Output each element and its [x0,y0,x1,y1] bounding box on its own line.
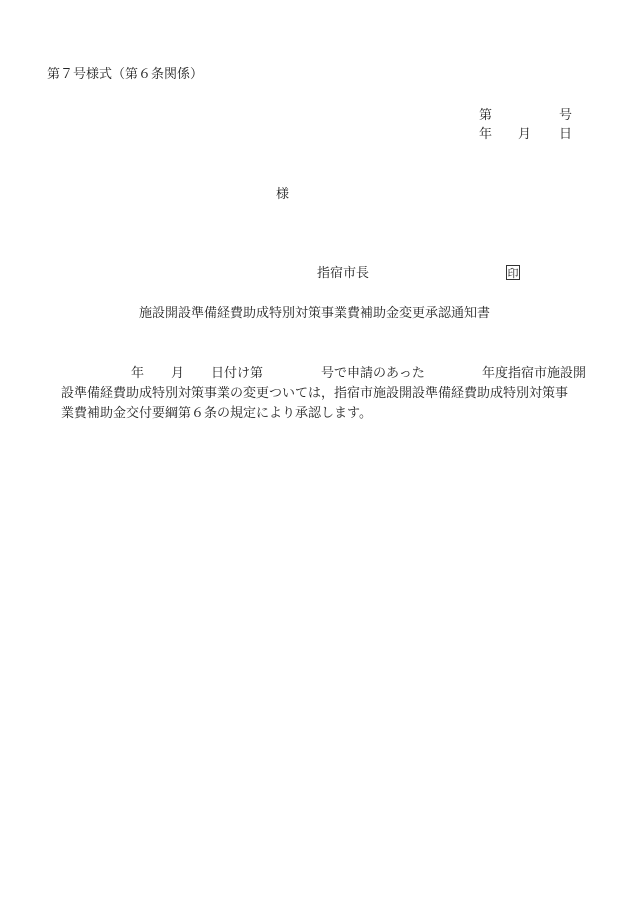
date-year-label: 年 [479,127,492,143]
doc-number-prefix: 第 [479,108,492,124]
body-day-reference: 日付け第 [211,366,263,382]
body-line-2: 設準備経費助成特別対策事業の変更ついては，指宿市施設開設準備経費助成特別対策事 [61,386,568,402]
date-day-label: 日 [559,127,572,143]
form-number: 第７号様式（第６条関係） [47,67,203,83]
seal-icon: 印 [506,265,520,280]
addressee-honorific: 様 [276,187,289,203]
body-fiscal-year: 年度指宿市施設開 [482,366,586,382]
body-year-label: 年 [131,366,144,382]
document-title: 施設開設準備経費助成特別対策事業費補助金変更承認通知書 [139,306,490,322]
body-application-number: 号で申請のあった [321,366,425,382]
body-line-3: 業費補助金交付要綱第６条の規定により承認します。 [61,406,372,422]
doc-number-suffix: 号 [559,108,572,124]
body-month-label: 月 [171,366,184,382]
issuer-name: 指宿市長 [317,266,369,282]
date-month-label: 月 [518,127,531,143]
